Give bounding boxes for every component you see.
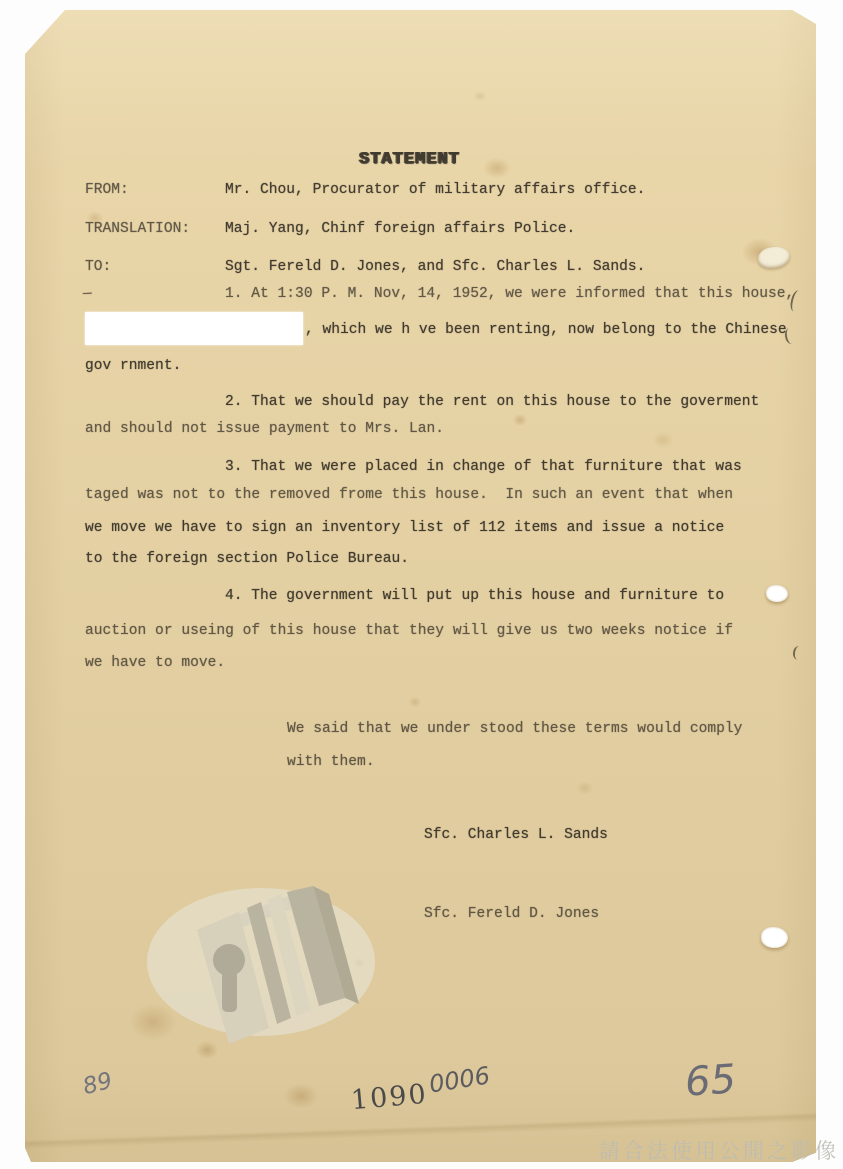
translation-label: TRANSLATION: bbox=[85, 221, 190, 237]
punch-hole bbox=[761, 927, 788, 948]
signature-charles-sands: Sfc. Charles L. Sands bbox=[424, 827, 608, 843]
closing-line-2: with them. bbox=[287, 754, 375, 770]
pen-mark bbox=[784, 327, 798, 345]
usage-watermark-text: 請合法使用公開之影像 bbox=[599, 1135, 839, 1165]
signature-fereld-jones: Sfc. Fereld D. Jones bbox=[424, 906, 599, 922]
paragraph-4-line-2: auction or useing of this house that the… bbox=[85, 623, 733, 639]
to-value: Sgt. Fereld D. Jones, and Sfc. Charles L… bbox=[225, 259, 645, 275]
paragraph-3-line-1: 3. That we were placed in change of that… bbox=[225, 459, 742, 475]
paragraph-1-line-2: , which we h ve been renting, now belong… bbox=[305, 322, 787, 338]
from-value: Mr. Chou, Procurator of military affairs… bbox=[225, 182, 645, 198]
paragraph-2-line-2: and should not issue payment to Mrs. Lan… bbox=[85, 421, 444, 437]
paper-sheet: STATEMENT FROM: Mr. Chou, Procurator of … bbox=[25, 10, 816, 1162]
pen-mark bbox=[792, 645, 805, 660]
to-label: TO: bbox=[85, 259, 111, 275]
page-number-pencil: 89 bbox=[80, 1068, 115, 1100]
paragraph-4-line-3: we have to move. bbox=[85, 655, 225, 671]
paragraph-3-line-2: taged was not to the removed frome this … bbox=[85, 487, 733, 503]
paragraph-3-line-3: we move we have to sign an inventory lis… bbox=[85, 520, 724, 536]
paragraph-3-line-4: to the foreign section Police Bureau. bbox=[85, 551, 409, 567]
folio-number-pencil: 65 bbox=[683, 1056, 737, 1105]
translation-value: Maj. Yang, Chinf foreign affairs Police. bbox=[225, 221, 575, 237]
paragraph-2-line-1: 2. That we should pay the rent on this h… bbox=[225, 394, 759, 410]
margin-dash: — bbox=[83, 286, 93, 302]
archives-book-keyhole-logo-icon bbox=[141, 878, 381, 1050]
paper-tear bbox=[758, 247, 790, 269]
from-label: FROM: bbox=[85, 182, 129, 198]
paragraph-4-line-1: 4. The government will put up this house… bbox=[225, 588, 724, 604]
paragraph-1-line-3: gov rnment. bbox=[85, 358, 181, 374]
closing-line-1: We said that we under stood these terms … bbox=[287, 721, 742, 737]
redaction-box bbox=[85, 312, 303, 345]
page-title: STATEMENT bbox=[359, 150, 460, 169]
archive-number-stamp: 1090 bbox=[350, 1079, 429, 1117]
paragraph-1-line-1: 1. At 1:30 P. M. Nov, 14, 1952, we were … bbox=[225, 286, 794, 302]
scanned-document-page: STATEMENT FROM: Mr. Chou, Procurator of … bbox=[0, 0, 843, 1169]
punch-hole bbox=[766, 585, 788, 602]
archive-number-handwritten: 0006 bbox=[427, 1061, 492, 1098]
